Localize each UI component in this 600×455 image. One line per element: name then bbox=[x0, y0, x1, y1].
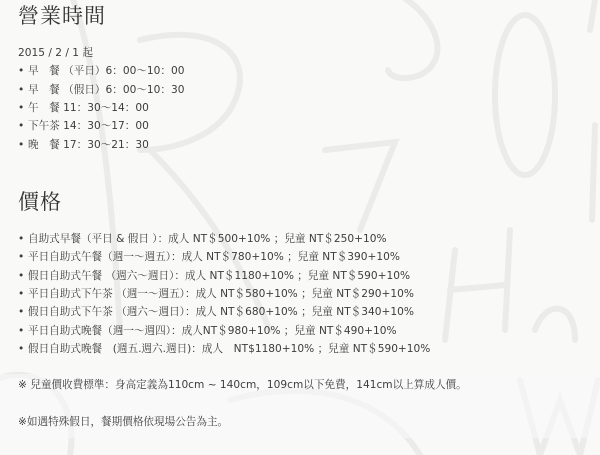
price-item-text: 假日自助式午餐 （週六～週日）：成人 NT＄1180+10% ；兒童 NT＄59… bbox=[28, 270, 410, 282]
bullet-icon: • bbox=[18, 234, 28, 245]
prices-title: 價格 bbox=[18, 192, 62, 213]
price-item: •假日自助式晚餐 (週五.週六.週日)：成人 NT$1180+10% ；兒童 N… bbox=[18, 344, 430, 355]
price-item-text: 假日自助式下午茶 （週六～週日）：成人 NT＄680+10% ；兒童 NT＄34… bbox=[28, 306, 414, 318]
hours-item-text: 晚 餐 17：30～21：30 bbox=[28, 139, 149, 151]
bullet-icon: • bbox=[18, 344, 28, 355]
hours-item: •午 餐 11：30～14：00 bbox=[18, 103, 149, 114]
price-item: •自助式早餐（平日 & 假日 ）：成人 NT＄500+10% ；兒童 NT＄25… bbox=[18, 234, 387, 245]
bullet-icon: • bbox=[18, 326, 28, 337]
hours-item-text: 早 餐 （平日）6：00～10：00 bbox=[28, 65, 185, 77]
hours-item-text: 午 餐 11：30～14：00 bbox=[28, 102, 149, 114]
hours-item: •晚 餐 17：30～21：30 bbox=[18, 140, 149, 151]
bullet-icon: • bbox=[18, 85, 28, 96]
price-item-text: 平日自助式午餐（週一～週五）：成人 NT＄780+10% ；兒童 NT＄390+… bbox=[28, 251, 400, 263]
bullet-icon: • bbox=[18, 271, 28, 282]
bullet-icon: • bbox=[18, 289, 28, 300]
price-item-text: 假日自助式晚餐 (週五.週六.週日)：成人 NT$1180+10% ；兒童 NT… bbox=[28, 343, 430, 355]
bullet-icon: • bbox=[18, 252, 28, 263]
effective-date: 2015 / 2 / 1 起 bbox=[18, 48, 93, 59]
hours-item-text: 下午茶 14：30～17：00 bbox=[28, 120, 149, 132]
hours-item: •下午茶 14：30～17：00 bbox=[18, 121, 149, 132]
holiday-note: ※如遇特殊假日，餐期價格依現場公告為主。 bbox=[18, 417, 228, 428]
child-price-note: ※ 兒童價收費標準：身高定義為110cm ~ 140cm，109cm以下免費，1… bbox=[18, 380, 467, 391]
price-item-text: 平日自助式下午茶 （週一～週五）：成人 NT＄580+10% ；兒童 NT＄29… bbox=[28, 288, 414, 300]
bullet-icon: • bbox=[18, 307, 28, 318]
price-item-text: 自助式早餐（平日 & 假日 ）：成人 NT＄500+10% ；兒童 NT＄250… bbox=[28, 233, 387, 245]
hours-item-text: 早 餐 （假日）6：00～10：30 bbox=[28, 84, 185, 96]
hours-item: •早 餐 （假日）6：00～10：30 bbox=[18, 85, 185, 96]
bullet-icon: • bbox=[18, 121, 28, 132]
price-item: •假日自助式午餐 （週六～週日）：成人 NT＄1180+10% ；兒童 NT＄5… bbox=[18, 271, 410, 282]
business-hours-title: 營業時間 bbox=[18, 6, 106, 27]
bullet-icon: • bbox=[18, 103, 28, 114]
content: 營業時間 2015 / 2 / 1 起 •早 餐 （平日）6：00～10：00 … bbox=[0, 0, 600, 455]
bullet-icon: • bbox=[18, 140, 28, 151]
hours-item: •早 餐 （平日）6：00～10：00 bbox=[18, 66, 185, 77]
price-item-text: 平日自助式晚餐（週一～週四）：成人NT＄980+10% ；兒童 NT＄490+1… bbox=[28, 325, 397, 337]
page: 營業時間 2015 / 2 / 1 起 •早 餐 （平日）6：00～10：00 … bbox=[0, 0, 600, 455]
price-item: •平日自助式下午茶 （週一～週五）：成人 NT＄580+10% ；兒童 NT＄2… bbox=[18, 289, 414, 300]
bullet-icon: • bbox=[18, 66, 28, 77]
price-item: •假日自助式下午茶 （週六～週日）：成人 NT＄680+10% ；兒童 NT＄3… bbox=[18, 307, 414, 318]
price-item: •平日自助式午餐（週一～週五）：成人 NT＄780+10% ；兒童 NT＄390… bbox=[18, 252, 400, 263]
price-item: •平日自助式晚餐（週一～週四）：成人NT＄980+10% ；兒童 NT＄490+… bbox=[18, 326, 397, 337]
